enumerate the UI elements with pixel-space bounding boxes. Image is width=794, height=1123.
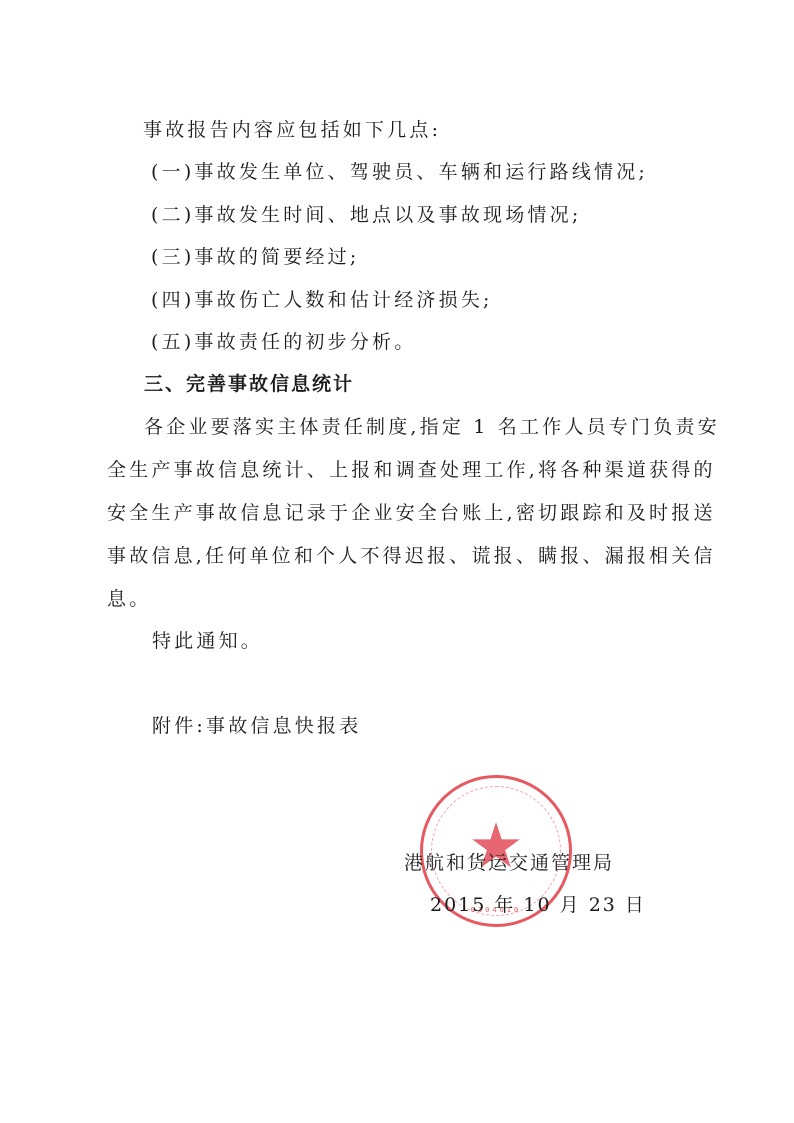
attachment-text: 附件:事故信息快报表 [152, 717, 361, 736]
list-item-4: (四)事故伤亡人数和估计经济损失; [151, 291, 493, 310]
paragraph-line-4: 事故信息,任何单位和个人不得迟报、谎报、瞒报、漏报相关信 [107, 547, 716, 566]
signature-date: 2015 年 10 月 23 日 [430, 890, 646, 917]
paragraph-line-2: 全生产事故信息统计、上报和调查处理工作,将各种渠道获得的 [107, 461, 716, 480]
paragraph-line-3: 安全生产事故信息记录于企业安全台账上,密切跟踪和及时报送 [107, 504, 716, 523]
closing-text: 特此通知。 [152, 632, 263, 651]
paragraph-line-1: 各企业要落实主体责任制度,指定 1 名工作人员专门负责安 [144, 418, 720, 437]
intro-text: 事故报告内容应包括如下几点: [143, 121, 441, 140]
signature-organization: 港航和货运交通管理局 [404, 848, 614, 875]
list-item-5: (五)事故责任的初步分析。 [151, 333, 416, 352]
list-item-2: (二)事故发生时间、地点以及事故现场情况; [151, 206, 581, 225]
section-heading: 三、完善事故信息统计 [144, 375, 354, 394]
list-item-3: (三)事故的简要经过; [151, 248, 359, 267]
paragraph-line-5: 息。 [107, 590, 151, 609]
list-item-1: (一)事故发生单位、驾驶员、车辆和运行路线情况; [151, 163, 648, 182]
